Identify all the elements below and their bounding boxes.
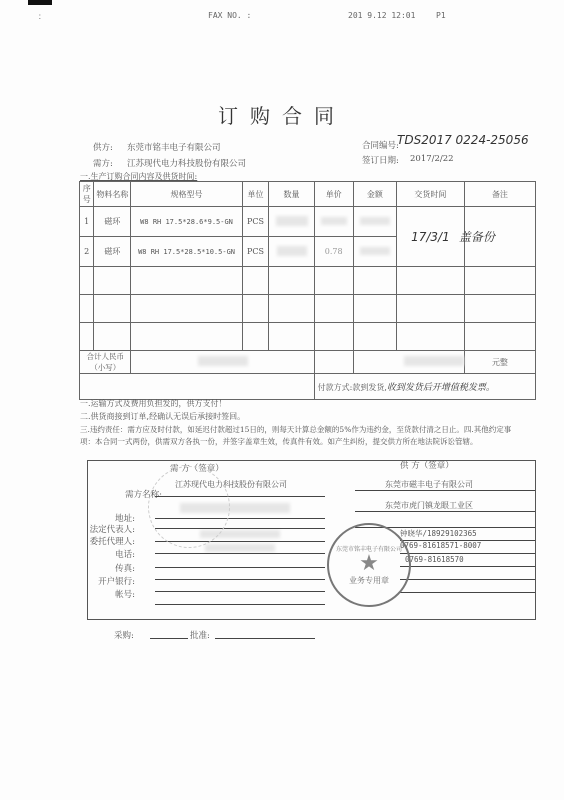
field-line — [400, 579, 535, 580]
header-cell: 物料名称 — [94, 182, 131, 207]
row-spec: W8 RH 17.5*28.6*9.5-GN — [131, 207, 242, 237]
clause-2: 二.供货商接到订单,经确认无误后承接时签回。 — [80, 411, 245, 422]
header-cell: 金额 — [353, 182, 396, 207]
field-line — [155, 591, 325, 592]
header-cell: 规格型号 — [131, 182, 242, 207]
row-qty — [269, 207, 314, 237]
buyer-legal-rep-label: 法定代表人: — [65, 523, 135, 535]
buyer-phone-label: 电话: — [65, 548, 135, 560]
header-cell: 序号 — [80, 182, 94, 207]
supplier-address-value: 东莞市虎门镇龙眼工业区 — [385, 500, 473, 511]
row-spec: W8 RH 17.5*28.5*10.5-GN — [131, 237, 242, 267]
row-delivery: 17/3/1 — [396, 207, 464, 267]
fax-mark — [28, 0, 52, 5]
redacted-price — [321, 217, 347, 225]
supplier-agent-value: 钟晓华/18929102365 — [400, 528, 477, 539]
buyer-account-label: 帐号: — [65, 588, 135, 600]
payment-handwritten: 收到发货后开增值税发票。 — [387, 383, 495, 393]
document-title: 订购合同 — [0, 100, 564, 129]
field-line — [355, 511, 535, 512]
field-line — [400, 592, 535, 593]
order-items-table: 序号 物料名称 规格型号 单位 数量 单价 金额 交货时间 备注 1 磁环 W8… — [79, 181, 536, 400]
fax-datetime: 201 9.12 12:01 — [348, 11, 415, 20]
redacted-qty — [276, 216, 308, 226]
supplier-phone-value: 0769-81618571-8007 — [400, 541, 481, 550]
field-line — [400, 553, 535, 554]
total-row: 合计人民币（小写） 元整 — [80, 351, 536, 374]
row-amount — [353, 237, 396, 267]
purchaser-label: 采购: — [114, 629, 134, 641]
table-row-empty — [80, 323, 536, 351]
buyer-label: 需方: — [93, 157, 113, 169]
supplier-fax-value: 0769-81618570 — [405, 555, 464, 564]
header-cell: 交货时间 — [396, 182, 464, 207]
contract-no-label: 合同编号: — [362, 139, 399, 151]
table-row-empty — [80, 295, 536, 323]
fax-number-label: FAX NO. : — [208, 11, 251, 20]
redacted-qty — [277, 246, 307, 256]
total-amount-words — [131, 351, 314, 374]
redacted-buyer-phone — [205, 544, 275, 552]
supplier-block-heading: 供 方（签章） — [400, 459, 454, 471]
payment-label: 付款方式: — [318, 383, 353, 392]
row-unit: PCS — [242, 237, 269, 267]
field-line — [155, 604, 325, 605]
row-name: 磁环 — [94, 207, 131, 237]
company-stamp: 东莞市铭丰电子有限公司 ★ 业务专用章 — [327, 523, 411, 607]
purchaser-line — [150, 638, 188, 639]
field-line — [155, 553, 325, 554]
supplier-name-value: 东莞市磁丰电子有限公司 — [385, 479, 473, 490]
header-cell: 数量 — [269, 182, 314, 207]
row-no: 1 — [80, 207, 94, 237]
approver-label: 批准: — [190, 629, 210, 641]
clause-3: 三.违约责任：需方应及时付款，如延迟付款超过15日的，则每天计算总金额的5%作为… — [80, 424, 520, 448]
supplier-label: 供方: — [93, 141, 113, 153]
clause-1: 一.运输方式及费用负担发的，供方支付！ — [80, 398, 227, 409]
fax-page: P1 — [436, 11, 446, 20]
star-icon: ★ — [359, 553, 379, 575]
sign-date-label: 签订日期: — [362, 154, 399, 166]
field-line — [155, 567, 325, 568]
row-qty — [269, 237, 314, 267]
field-line — [155, 579, 325, 580]
total-label: 合计人民币（小写） — [80, 351, 131, 374]
header-cell: 单价 — [314, 182, 353, 207]
field-line — [400, 540, 535, 541]
redacted-amount — [360, 247, 390, 255]
buyer-name: 江苏现代电力科技股份有限公司 — [127, 157, 246, 169]
redacted-total — [198, 356, 248, 366]
redacted-amount — [360, 217, 390, 225]
header-cell: 单位 — [242, 182, 269, 207]
table-header-row: 序号 物料名称 规格型号 单位 数量 单价 金额 交货时间 备注 — [80, 182, 536, 207]
fax-from: ： — [38, 11, 46, 22]
row-unit: PCS — [242, 207, 269, 237]
supplier-name: 东莞市铭丰电子有限公司 — [127, 141, 221, 153]
payment-terms: 付款方式:款到发货,收到发货后开增值税发票。 — [314, 374, 535, 400]
stamp-bottom: 业务专用章 — [349, 575, 389, 586]
sign-date: 2017/2/22 — [410, 154, 454, 164]
row-price — [314, 207, 353, 237]
payment-row: 付款方式:款到发货,收到发货后开增值税发票。 — [80, 374, 536, 400]
row-price: 0.78 — [314, 237, 353, 267]
row-name: 磁环 — [94, 237, 131, 267]
buyer-stamp-faded — [148, 466, 230, 548]
header-cell: 备注 — [464, 182, 535, 207]
handwritten-delivery: 17/3/1 — [411, 230, 450, 244]
row-no: 2 — [80, 237, 94, 267]
buyer-agent-label: 委托代理人: — [65, 535, 135, 547]
buyer-fax-label: 传真: — [65, 562, 135, 574]
contract-no: TDS2017 0224-25056 — [397, 133, 529, 147]
approver-line — [215, 638, 315, 639]
total-unit: 元整 — [464, 351, 535, 374]
row-amount — [353, 207, 396, 237]
field-line — [400, 566, 535, 567]
payment-printed: 款到发货, — [352, 383, 387, 392]
table-row-empty — [80, 267, 536, 295]
field-line — [355, 490, 535, 491]
row-note: 盖备份 — [464, 207, 535, 267]
buyer-bank-label: 开户银行: — [65, 575, 135, 587]
total-amount — [353, 351, 464, 374]
table-row: 1 磁环 W8 RH 17.5*28.6*9.5-GN PCS 17/3/1 盖… — [80, 207, 536, 237]
redacted-total-figure — [404, 356, 464, 366]
